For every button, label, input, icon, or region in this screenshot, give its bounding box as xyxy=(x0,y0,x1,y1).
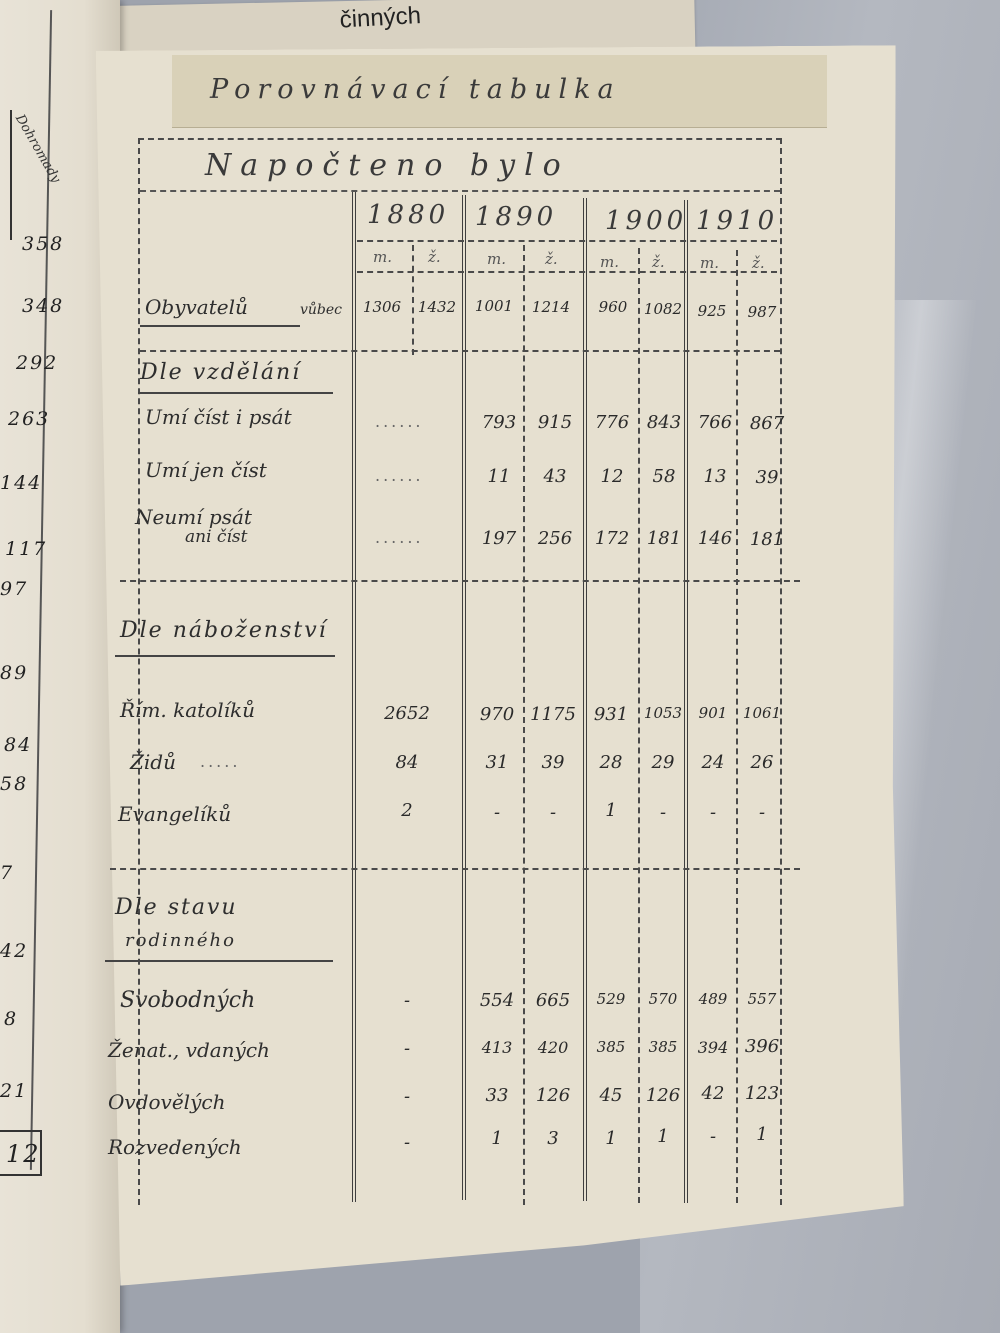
row-label: Ženat., vdaných xyxy=(108,1038,270,1062)
year-1910: 1910 xyxy=(696,206,778,236)
cell-1880: ...... xyxy=(375,412,424,431)
row-label: Řím. katolíků xyxy=(120,698,255,722)
book-value: 7 xyxy=(0,862,14,884)
section-divider-3 xyxy=(110,868,800,870)
cell-1880: ...... xyxy=(375,466,424,485)
book-value: 348 xyxy=(22,295,64,317)
cell: 11 xyxy=(470,466,528,487)
section-title-religion: Dle náboženství xyxy=(120,618,328,643)
cell: 1 xyxy=(733,1124,791,1145)
cell-1880: - xyxy=(352,1086,462,1107)
cell: 172 xyxy=(583,528,641,549)
cell: 31 xyxy=(468,752,526,773)
section-divider-2 xyxy=(120,580,800,582)
title-divider xyxy=(140,190,780,194)
row-label-line2: ani číst xyxy=(185,527,247,547)
year-row-divider xyxy=(357,240,777,242)
book-value: 89 xyxy=(0,662,28,684)
section-title-family-line2: rodinného xyxy=(125,930,236,951)
row-label: Svobodných xyxy=(120,988,255,1013)
cell: 665 xyxy=(524,990,582,1011)
cell: 33 xyxy=(468,1085,526,1106)
cell: 1 xyxy=(582,800,640,821)
cell: 987 xyxy=(733,303,791,321)
cell: 1061 xyxy=(733,704,791,722)
leader-dots: ..... xyxy=(200,752,240,771)
cell-1880: - xyxy=(352,990,462,1011)
cell: 181 xyxy=(635,528,693,549)
section-underline xyxy=(115,655,335,657)
sex-z-1900: ž. xyxy=(652,253,665,271)
row-label: Evangelíků xyxy=(118,802,231,826)
cell: 1001 xyxy=(465,297,523,315)
section-title-family-line1: Dle stavu xyxy=(115,895,238,920)
sex-m-1900: m. xyxy=(600,253,619,271)
cell: 970 xyxy=(468,704,526,725)
book-value: 84 xyxy=(4,734,32,756)
cell-1880: ...... xyxy=(375,528,424,547)
sex-m-1880: m. xyxy=(373,248,392,266)
book-total: 12 xyxy=(6,1140,41,1168)
book-value: 8 xyxy=(4,1008,18,1030)
year-divider-1890 xyxy=(462,195,466,1200)
cell: 396 xyxy=(733,1036,791,1057)
sex-divider-1900 xyxy=(638,248,640,1203)
book-value: 144 xyxy=(0,472,42,494)
sex-divider-1910 xyxy=(736,250,738,1203)
book-value: 358 xyxy=(22,233,64,255)
cell: 557 xyxy=(733,990,791,1008)
book-value: 58 xyxy=(0,773,28,795)
cell: 915 xyxy=(526,412,584,433)
year-1900: 1900 xyxy=(605,206,687,236)
row-label-line1: Neumí psát xyxy=(135,505,252,529)
section-divider-1 xyxy=(140,350,780,352)
book-divider xyxy=(10,110,12,240)
sex-divider-1890 xyxy=(523,245,525,1205)
cell: 3 xyxy=(524,1128,582,1149)
cell: 529 xyxy=(582,990,640,1008)
book-value: 21 xyxy=(0,1080,28,1102)
cell: 256 xyxy=(526,528,584,549)
cell: - xyxy=(524,802,582,823)
cell: 420 xyxy=(524,1038,582,1057)
cell: 1 xyxy=(582,1128,640,1149)
cell-1880: 2652 xyxy=(352,703,462,724)
cell: 123 xyxy=(733,1083,791,1104)
cell: 776 xyxy=(583,412,641,433)
cell-1880: - xyxy=(352,1132,462,1153)
book-column-header: Dohromady xyxy=(12,112,63,186)
cell: 867 xyxy=(738,413,796,434)
table-title: Napočteno bylo xyxy=(205,148,570,183)
cell: 26 xyxy=(733,752,791,773)
cell-1880: - xyxy=(352,1038,462,1059)
section-underline xyxy=(105,960,333,962)
cell-1880: 2 xyxy=(352,800,462,821)
cell: 45 xyxy=(582,1085,640,1106)
book-value: 292 xyxy=(16,352,58,374)
cell: 1306 xyxy=(353,298,411,316)
cell: 58 xyxy=(635,466,693,487)
row-label-population: Obyvatelů xyxy=(145,295,248,319)
cell: 28 xyxy=(582,752,640,773)
sex-m-1890: m. xyxy=(487,250,506,268)
sex-z-1880: ž. xyxy=(428,248,441,266)
row-label: Umí jen číst xyxy=(145,458,267,482)
cell: 181 xyxy=(738,529,796,550)
cell: 385 xyxy=(582,1038,640,1056)
book-value: 117 xyxy=(5,538,47,560)
cell: 793 xyxy=(470,412,528,433)
cell: 13 xyxy=(686,466,744,487)
cell: 1432 xyxy=(408,298,466,316)
cell: - xyxy=(468,802,526,823)
population-underline xyxy=(140,325,300,327)
cell: 413 xyxy=(468,1038,526,1057)
cell: 766 xyxy=(686,412,744,433)
document-title: Porovnávací tabulka xyxy=(210,74,621,105)
cell: 1175 xyxy=(524,704,582,725)
cell: 931 xyxy=(582,704,640,725)
book-value: 42 xyxy=(0,940,28,962)
row-label: Rozvedených xyxy=(108,1135,242,1159)
cell: 554 xyxy=(468,990,526,1011)
row-label: Umí číst i psát xyxy=(145,405,292,429)
year-1880: 1880 xyxy=(367,200,449,230)
cell: 197 xyxy=(470,528,528,549)
cell-1880: 84 xyxy=(352,752,462,773)
row-label-population-suffix: vůbec xyxy=(300,302,342,318)
row-label: Židů xyxy=(130,750,176,774)
cell: 43 xyxy=(526,466,584,487)
cell: 1 xyxy=(468,1128,526,1149)
book-value: 97 xyxy=(0,578,28,600)
cell: 39 xyxy=(738,467,796,488)
cell: - xyxy=(733,802,791,823)
cell: 1214 xyxy=(522,298,580,316)
cell: 39 xyxy=(524,752,582,773)
sex-z-1890: ž. xyxy=(545,250,558,268)
book-value: 263 xyxy=(8,408,50,430)
cell: 843 xyxy=(635,412,693,433)
cell: 12 xyxy=(583,466,641,487)
cell: 126 xyxy=(524,1085,582,1106)
cell: 146 xyxy=(686,528,744,549)
sex-m-1910: m. xyxy=(700,254,719,272)
section-underline xyxy=(138,392,333,394)
background-sheet-text: činných xyxy=(339,2,422,34)
section-title-education: Dle vzdělání xyxy=(140,360,301,385)
sex-z-1910: ž. xyxy=(752,254,765,272)
year-1890: 1890 xyxy=(475,202,557,232)
row-label: Ovdovělých xyxy=(108,1090,225,1114)
